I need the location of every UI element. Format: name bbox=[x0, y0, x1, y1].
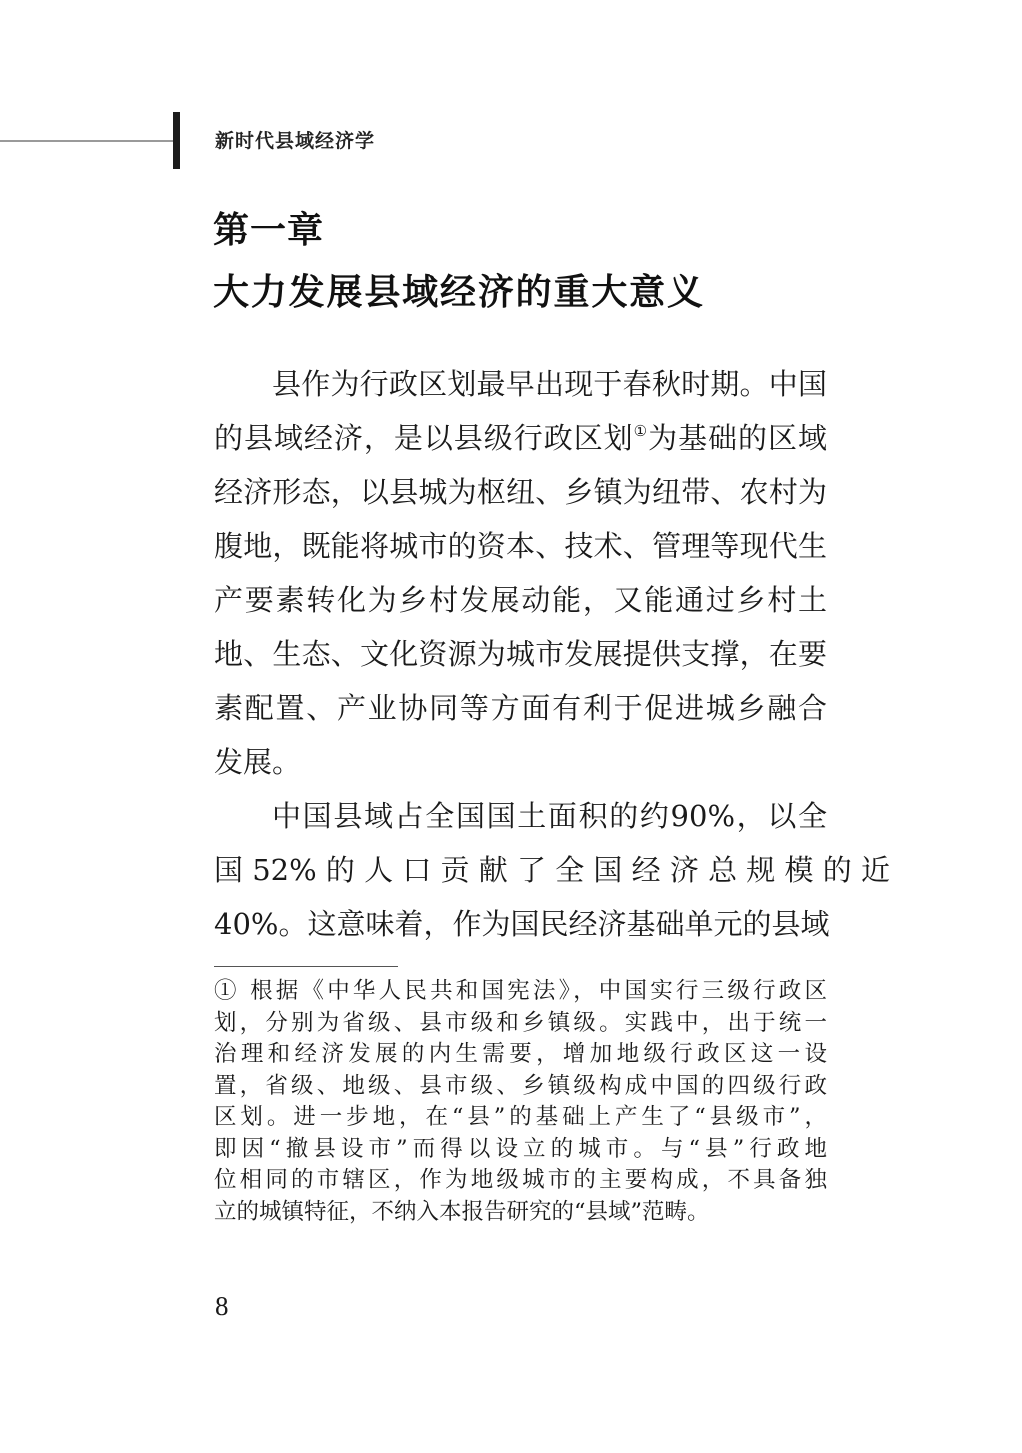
chapter-title: 大力发展县域经济的重大意义 bbox=[213, 270, 703, 314]
body-text: 县作为行政区划最早出现于春秋时期。中国 的县域经济，是以县级行政区划①为基础的区… bbox=[214, 357, 827, 951]
paragraph-2-line-3: 40%。这意味着，作为国民经济基础单元的县域 bbox=[214, 897, 827, 951]
paragraph-1-line-6: 地、生态、文化资源为城市发展提供支撑，在要 bbox=[214, 627, 827, 681]
paragraph-1-line-4: 腹地，既能将城市的资本、技术、管理等现代生 bbox=[214, 519, 827, 573]
footnote: ① 根据《中华人民共和国宪法》，中国实行三级行政区 划，分别为省级、县市级和乡镇… bbox=[214, 976, 827, 1228]
paragraph-2-line-1: 中国县域占全国国土面积的约90%，以全 bbox=[214, 789, 827, 843]
chapter-number: 第一章 bbox=[213, 208, 324, 252]
footnote-line: ① 根据《中华人民共和国宪法》，中国实行三级行政区 bbox=[214, 976, 827, 1008]
footnote-line: 治理和经济发展的内生需要，增加地级行政区这一设 bbox=[214, 1039, 827, 1071]
paragraph-1-line-7: 素配置、产业协同等方面有利于促进城乡融合 bbox=[214, 681, 827, 735]
paragraph-1-line-3: 经济形态，以县城为枢纽、乡镇为纽带、农村为 bbox=[214, 465, 827, 519]
header-bar bbox=[173, 112, 180, 169]
footnote-separator bbox=[214, 966, 398, 967]
paragraph-1-line-5: 产要素转化为乡村发展动能，又能通过乡村土 bbox=[214, 573, 827, 627]
footnote-line: 即因“撤县设市”而得以设立的城市。与“县”行政地 bbox=[214, 1134, 827, 1166]
footnote-reference[interactable]: ① bbox=[634, 422, 648, 440]
paragraph-1-line-1: 县作为行政区划最早出现于春秋时期。中国 bbox=[214, 357, 827, 411]
line-text: 为基础的区域 bbox=[648, 421, 827, 455]
footnote-line: 置，省级、地级、县市级、乡镇级构成中国的四级行政 bbox=[214, 1071, 827, 1103]
line-text: 的县域经济，是以县级行政区划 bbox=[214, 421, 634, 455]
paragraph-1-line-8: 发展。 bbox=[214, 735, 827, 789]
footnote-line: 位相同的市辖区，作为地级城市的主要构成，不具备独 bbox=[214, 1165, 827, 1197]
footnote-line: 立的城镇特征，不纳入本报告研究的“县域”范畴。 bbox=[214, 1197, 827, 1229]
paragraph-1-line-2: 的县域经济，是以县级行政区划①为基础的区域 bbox=[214, 411, 827, 465]
paragraph-2-line-2: 国 52% 的 人 口 贡 献 了 全 国 经 济 总 规 模 的 近 bbox=[214, 843, 827, 897]
running-head: 新时代县域经济学 bbox=[215, 128, 375, 154]
footnote-line: 划，分别为省级、县市级和乡镇级。实践中，出于统一 bbox=[214, 1008, 827, 1040]
header-rule bbox=[0, 140, 174, 142]
page-number: 8 bbox=[215, 1290, 229, 1322]
footnote-line: 区划。进一步地，在“县”的基础上产生了“县级市”， bbox=[214, 1102, 827, 1134]
